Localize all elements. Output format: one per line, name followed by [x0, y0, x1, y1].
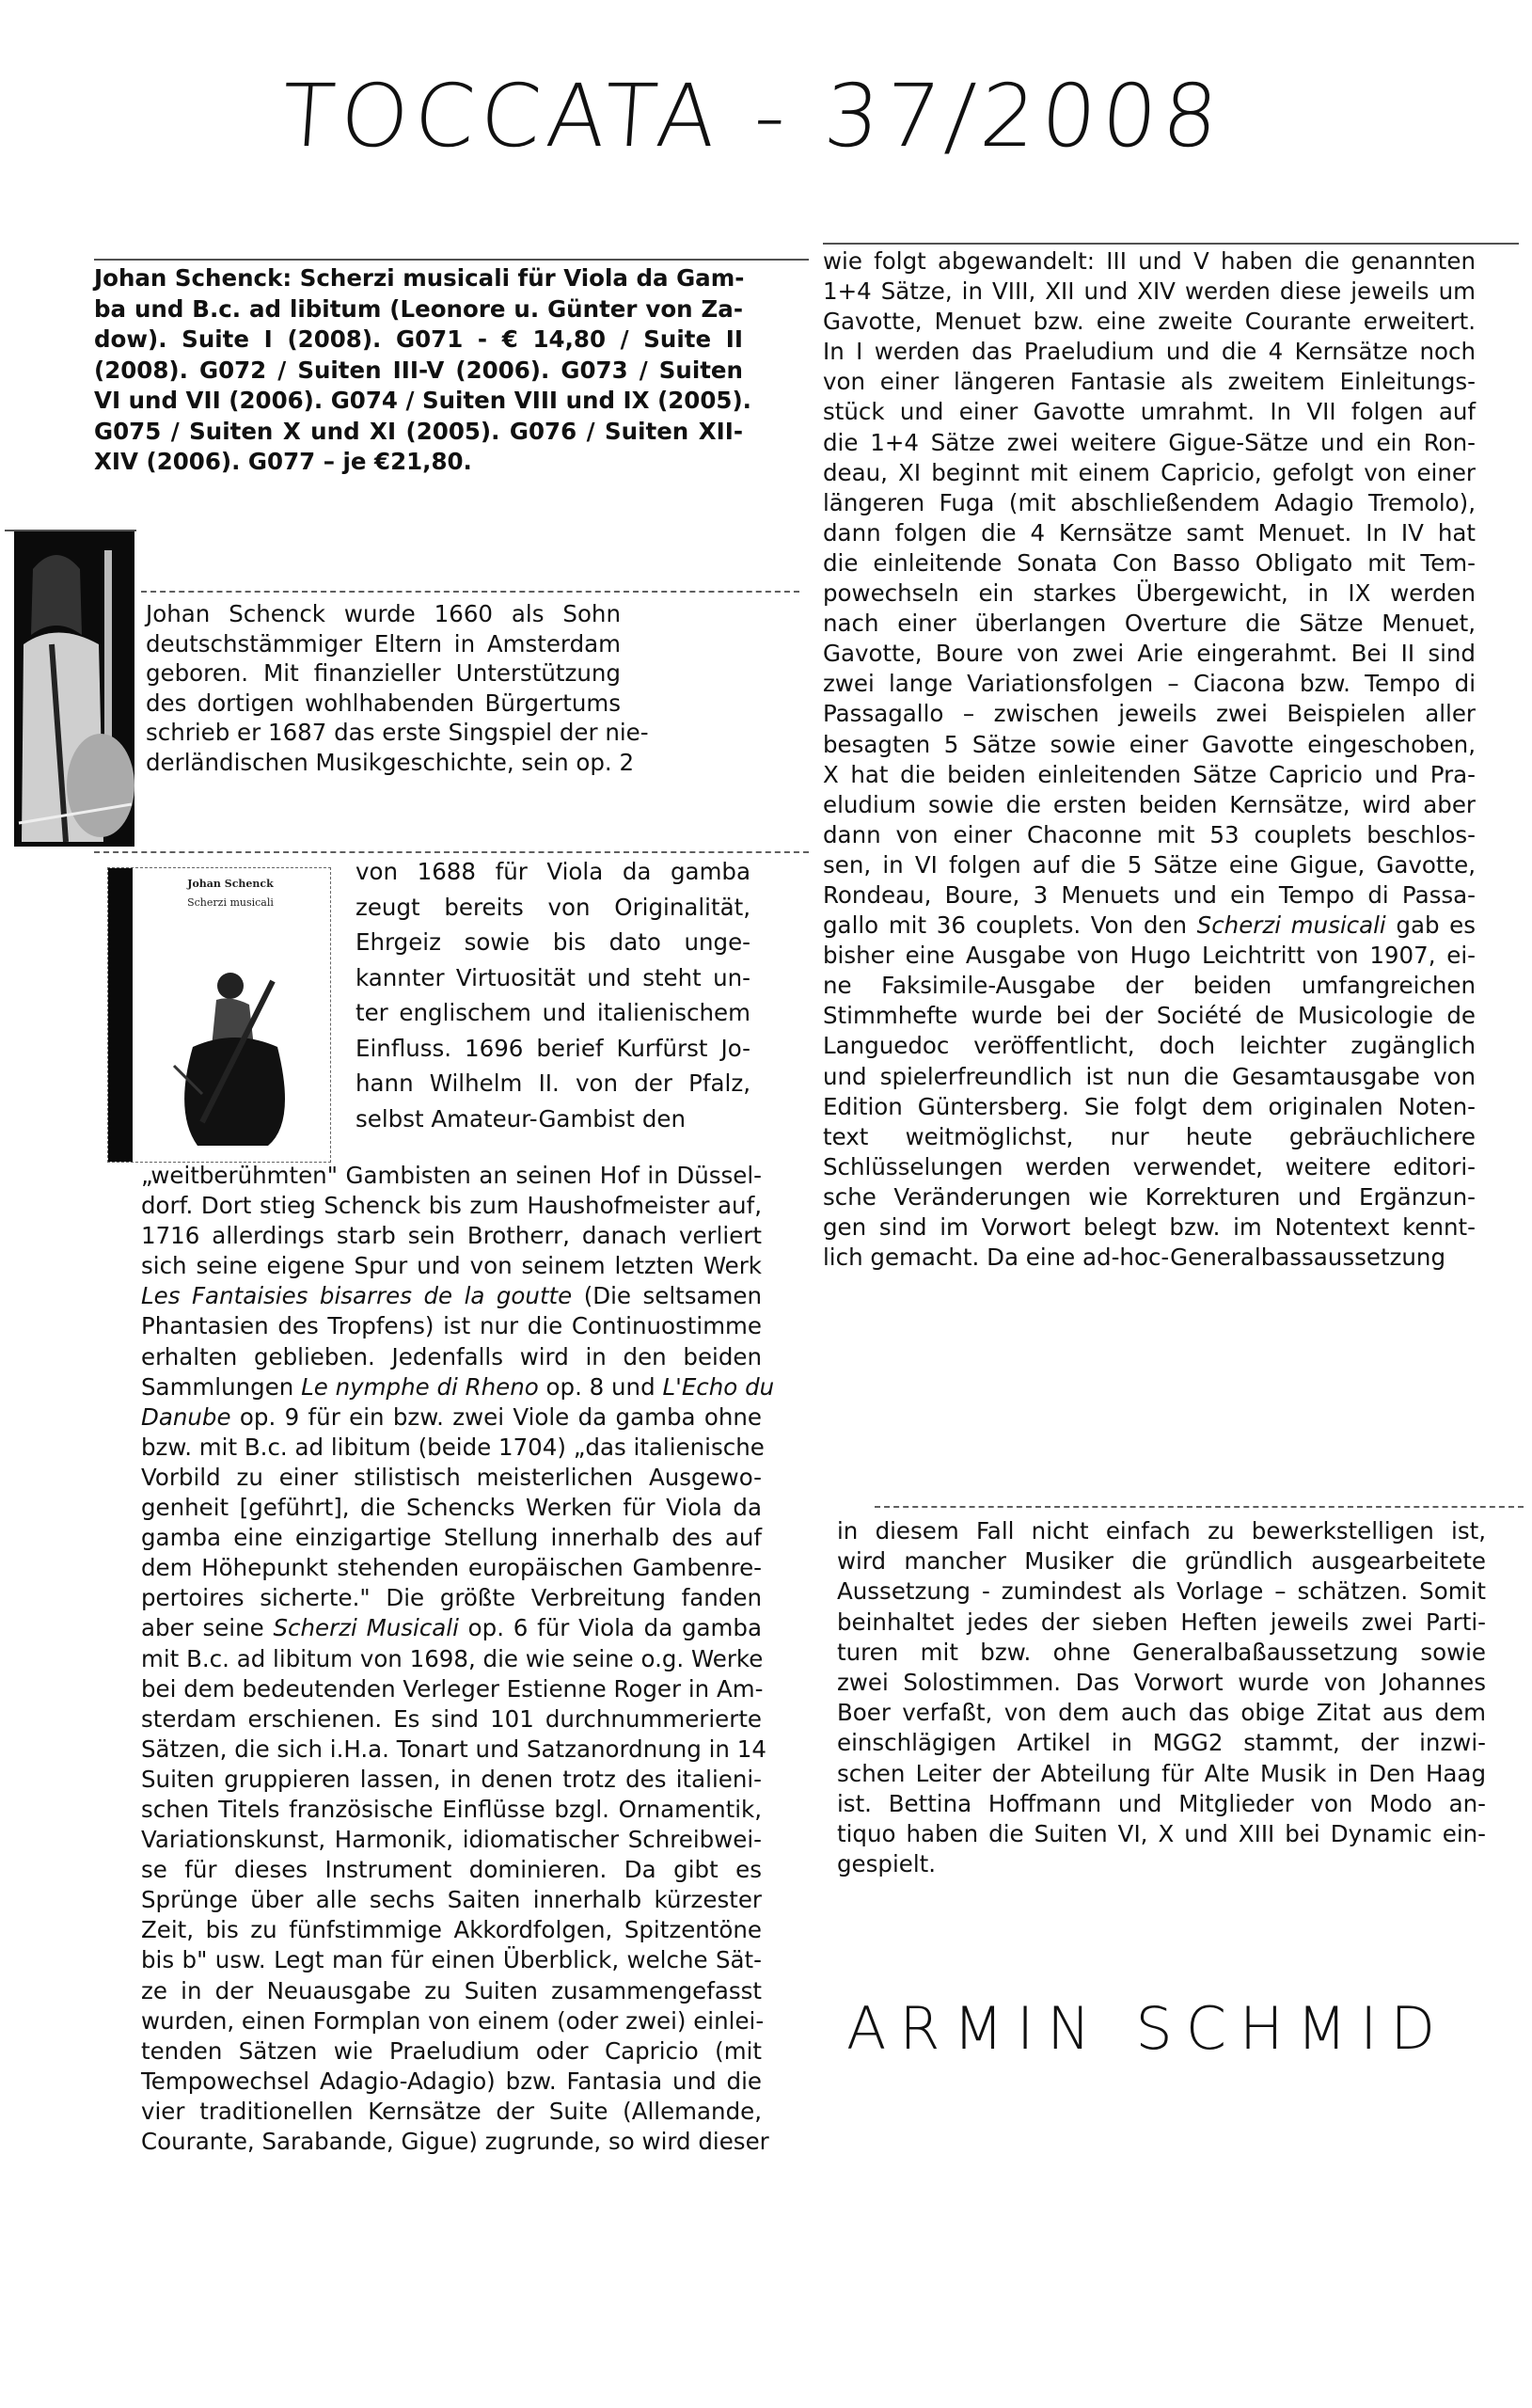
- text-line: mit B.c. ad libitum von 1698, die wie se…: [141, 1644, 762, 1674]
- text-line: Boer verfaßt, von dem auch das obige Zit…: [837, 1698, 1486, 1728]
- text-line: Aussetzung - zumindest als Vorlage – sch…: [837, 1576, 1486, 1607]
- left-column-block-3: „weitberühmten" Gambisten an seinen Hof …: [141, 1161, 762, 2157]
- left-column-block-2: von 1688 für Viola da gambazeugt bereits…: [355, 854, 750, 1136]
- text-line: dem Höhepunkt stehenden europäischen Gam…: [141, 1553, 762, 1583]
- text-line: ne Faksimile-Ausgabe der beiden umfangre…: [823, 971, 1476, 1001]
- divider: [94, 851, 809, 853]
- cover-author: Johan Schenck: [146, 878, 315, 890]
- text-line: sterdam erschienen. Es sind 101 durchnum…: [141, 1704, 762, 1735]
- text-line: Danube op. 9 für ein bzw. zwei Viole da …: [141, 1402, 762, 1433]
- text-line: gen sind im Vorwort belegt bzw. im Noten…: [823, 1212, 1476, 1243]
- text-line: derländischen Musikgeschichte, sein op. …: [146, 748, 621, 778]
- text-line: Sprünge über alle sechs Saiten innerhalb…: [141, 1885, 762, 1915]
- text-line: Courante, Sarabande, Gigue) zugrunde, so…: [141, 2127, 762, 2157]
- text-line: sich seine eigene Spur und von seinem le…: [141, 1251, 762, 1281]
- text-line: dann folgen die 4 Kernsätze samt Menuet.…: [823, 518, 1476, 548]
- cover-spine: [108, 868, 133, 1162]
- gambist-figure-icon: [165, 962, 306, 1150]
- text-line: Einfluss. 1696 berief Kurfürst Jo-: [355, 1031, 750, 1067]
- text-line: selbst Amateur-Gambist den: [355, 1101, 750, 1137]
- text-line: Sätzen, die sich i.H.a. Tonart und Satza…: [141, 1735, 762, 1765]
- text-line: stück und einer Gavotte umrahmt. In VII …: [823, 397, 1476, 427]
- text-line: hann Wilhelm II. von der Pfalz,: [355, 1066, 750, 1101]
- left-column-block-1: Johan Schenck wurde 1660 als Sohndeutsch…: [146, 599, 621, 777]
- text-line: bei dem bedeutenden Verleger Estienne Ro…: [141, 1674, 762, 1704]
- text-line: dorf. Dort stieg Schenck bis zum Haushof…: [141, 1191, 762, 1221]
- text-line: Ehrgeiz sowie bis dato unge-: [355, 925, 750, 960]
- text-line: eludium sowie die ersten beiden Kernsätz…: [823, 790, 1476, 820]
- handwritten-signature: ARMIN SCHMID: [846, 1994, 1448, 2063]
- text-line: aber seine Scherzi Musicali op. 6 für Vi…: [141, 1613, 762, 1643]
- divider: [823, 243, 1519, 245]
- text-line: Passagallo – zwischen jeweils zwei Beisp…: [823, 699, 1476, 729]
- text-line: ze in der Neuausgabe zu Suiten zusammeng…: [141, 1976, 762, 2006]
- text-line: erhalten geblieben. Jedenfalls wird in d…: [141, 1342, 762, 1372]
- text-line: VI und VII (2006). G074 / Suiten VIII un…: [94, 386, 743, 417]
- text-line: genheit [geführt], die Schencks Werken f…: [141, 1493, 762, 1523]
- cover-title: Scherzi musicali: [146, 896, 315, 909]
- text-line: gespielt.: [837, 1849, 1486, 1879]
- divider: [875, 1506, 1524, 1508]
- right-column-block-1: wie folgt abgewandelt: III und V haben d…: [823, 246, 1476, 1273]
- text-line: Schlüsselungen werden verwendet, weitere…: [823, 1152, 1476, 1182]
- portrait-image: [14, 531, 134, 847]
- text-line: lich gemacht. Da eine ad-hoc-Generalbass…: [823, 1243, 1476, 1273]
- text-line: Johan Schenck: Scherzi musicali für Viol…: [94, 263, 743, 294]
- handwritten-title: TOCCATA - 37/2008: [278, 66, 1226, 166]
- text-line: se für dieses Instrument dominieren. Da …: [141, 1855, 762, 1885]
- text-line: geboren. Mit finanzieller Unterstützung: [146, 658, 621, 689]
- portrait-figure-icon: [14, 531, 134, 847]
- text-line: text weitmöglichst, nur heute gebräuchli…: [823, 1122, 1476, 1152]
- text-line: zwei lange Variationsfolgen – Ciacona bz…: [823, 669, 1476, 699]
- text-line: nach einer überlangen Overture die Sätze…: [823, 609, 1476, 639]
- text-line: tiquo haben die Suiten VI, X und XIII be…: [837, 1819, 1486, 1849]
- text-line: vier traditionellen Kernsätze der Suite …: [141, 2097, 762, 2127]
- text-line: Stimmhefte wurde bei der Société de Musi…: [823, 1001, 1476, 1031]
- text-line: Gavotte, Menuet bzw. eine zweite Courant…: [823, 307, 1476, 337]
- text-line: dann von einer Chaconne mit 53 couplets …: [823, 820, 1476, 850]
- text-line: (2008). G072 / Suiten III-V (2006). G073…: [94, 356, 743, 387]
- text-line: und spielerfreundlich ist nun die Gesamt…: [823, 1062, 1476, 1092]
- text-line: Variationskunst, Harmonik, idiomatischer…: [141, 1825, 762, 1855]
- text-line: Les Fantaisies bisarres de la goutte (Di…: [141, 1281, 762, 1311]
- text-line: deau, XI beginnt mit einem Capricio, gef…: [823, 458, 1476, 488]
- text-line: sche Veränderungen wie Korrekturen und E…: [823, 1182, 1476, 1212]
- text-line: wurden, einen Formplan von einem (oder z…: [141, 2006, 762, 2036]
- text-line: Suiten gruppieren lassen, in denen trotz…: [141, 1765, 762, 1795]
- text-line: Johan Schenck wurde 1660 als Sohn: [146, 599, 621, 629]
- text-line: Languedoc veröffentlicht, doch leichter …: [823, 1031, 1476, 1061]
- text-line: XIV (2006). G077 – je €21,80.: [94, 447, 743, 478]
- text-line: sen, in VI folgen auf die 5 Sätze eine G…: [823, 850, 1476, 880]
- text-line: gamba eine einzigartige Stellung innerha…: [141, 1523, 762, 1553]
- text-line: Rondeau, Boure, 3 Menuets und ein Tempo …: [823, 880, 1476, 911]
- text-line: ba und B.c. ad libitum (Leonore u. Günte…: [94, 294, 743, 325]
- text-line: schrieb er 1687 das erste Singspiel der …: [146, 718, 621, 748]
- text-line: „weitberühmten" Gambisten an seinen Hof …: [141, 1161, 762, 1191]
- text-line: dow). Suite I (2008). G071 - € 14,80 / S…: [94, 325, 743, 356]
- text-line: Phantasien des Tropfens) ist nur die Con…: [141, 1311, 762, 1341]
- text-line: In I werden das Praeludium und die 4 Ker…: [823, 337, 1476, 367]
- text-line: Sammlungen Le nymphe di Rheno op. 8 und …: [141, 1372, 762, 1402]
- divider: [141, 591, 799, 593]
- divider: [94, 259, 809, 261]
- text-line: pertoires sicherte." Die größte Verbreit…: [141, 1583, 762, 1613]
- right-column-block-2: in diesem Fall nicht einfach zu bewerkst…: [837, 1516, 1486, 1879]
- review-header: Johan Schenck: Scherzi musicali für Viol…: [94, 263, 743, 478]
- text-line: längeren Fuga (mit abschließendem Adagio…: [823, 488, 1476, 518]
- text-line: einschlägigen Artikel in MGG2 stammt, de…: [837, 1728, 1486, 1758]
- text-line: bis b" usw. Legt man für einen Überblick…: [141, 1945, 762, 1975]
- text-line: zeugt bereits von Originalität,: [355, 890, 750, 926]
- text-line: Edition Güntersberg. Sie folgt dem origi…: [823, 1092, 1476, 1122]
- text-line: von einer längeren Fantasie als zweitem …: [823, 367, 1476, 397]
- text-line: tenden Sätzen wie Praeludium oder Capric…: [141, 2036, 762, 2067]
- text-line: 1+4 Sätze, in VIII, XII und XIV werden d…: [823, 277, 1476, 307]
- text-line: in diesem Fall nicht einfach zu bewerkst…: [837, 1516, 1486, 1546]
- text-line: G075 / Suiten X und XI (2005). G076 / Su…: [94, 417, 743, 448]
- text-line: wird mancher Musiker die gründlich ausge…: [837, 1546, 1486, 1576]
- text-line: schen Titels französische Einflüsse bzgl…: [141, 1795, 762, 1825]
- text-line: ter englischem und italienischem: [355, 995, 750, 1031]
- text-line: wie folgt abgewandelt: III und V haben d…: [823, 246, 1476, 277]
- text-line: deutschstämmiger Eltern in Amsterdam: [146, 629, 621, 659]
- text-line: Tempowechsel Adagio-Adagio) bzw. Fantasi…: [141, 2067, 762, 2097]
- text-line: die 1+4 Sätze zwei weitere Gigue-Sätze u…: [823, 428, 1476, 458]
- text-line: powechseln ein starkes Übergewicht, in I…: [823, 578, 1476, 609]
- text-line: besagten 5 Sätze sowie einer Gavotte ein…: [823, 730, 1476, 760]
- text-line: ist. Bettina Hoffmann und Mitglieder von…: [837, 1789, 1486, 1819]
- book-cover-image: Johan Schenck Scherzi musicali: [107, 867, 331, 1163]
- text-line: bzw. mit B.c. ad libitum (beide 1704) „d…: [141, 1433, 762, 1463]
- text-line: gallo mit 36 couplets. Von den Scherzi m…: [823, 911, 1476, 941]
- text-line: zwei Solostimmen. Das Vorwort wurde von …: [837, 1668, 1486, 1698]
- text-line: Gavotte, Boure von zwei Arie eingerahmt.…: [823, 639, 1476, 669]
- text-line: turen mit bzw. ohne Generalbaßaussetzung…: [837, 1638, 1486, 1668]
- text-line: bisher eine Ausgabe von Hugo Leichtritt …: [823, 941, 1476, 971]
- text-line: schen Leiter der Abteilung für Alte Musi…: [837, 1759, 1486, 1789]
- text-line: die einleitende Sonata Con Basso Obligat…: [823, 548, 1476, 578]
- text-line: von 1688 für Viola da gamba: [355, 854, 750, 890]
- text-line: Vorbild zu einer stilistisch meisterlich…: [141, 1463, 762, 1493]
- text-line: kannter Virtuosität und steht un-: [355, 960, 750, 996]
- text-line: X hat die beiden einleitenden Sätze Capr…: [823, 760, 1476, 790]
- text-line: 1716 allerdings starb sein Brotherr, dan…: [141, 1221, 762, 1251]
- text-line: des dortigen wohlhabenden Bürgertums: [146, 689, 621, 719]
- text-line: Zeit, bis zu fünfstimmige Akkordfolgen, …: [141, 1915, 762, 1945]
- text-line: beinhaltet jedes der sieben Heften jewei…: [837, 1608, 1486, 1638]
